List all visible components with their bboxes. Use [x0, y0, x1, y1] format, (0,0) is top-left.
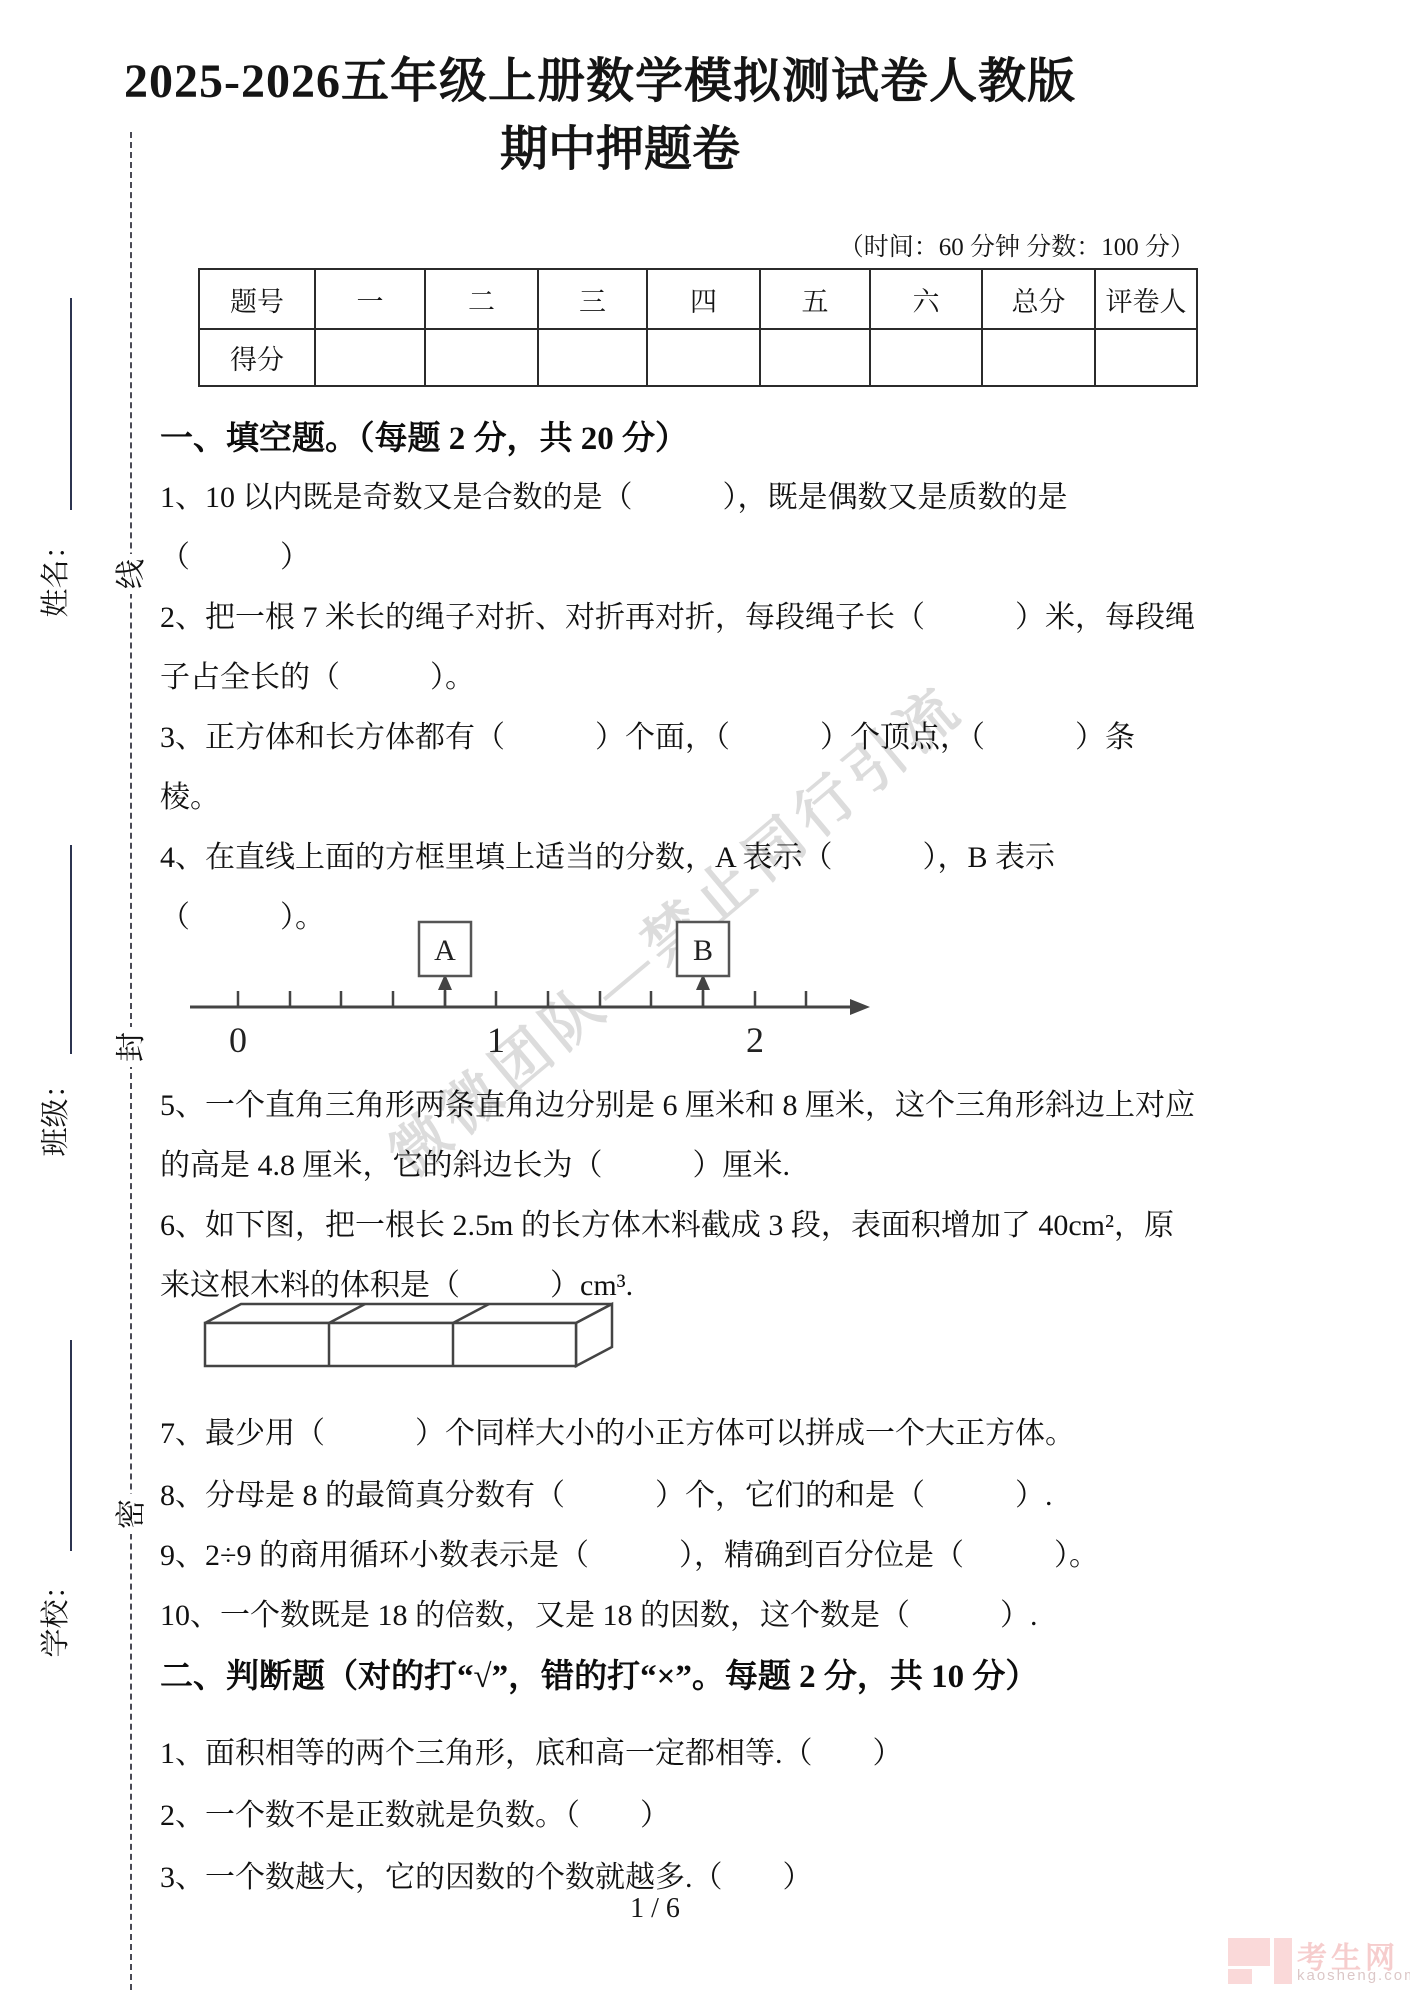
question-line: 3、一个数越大，它的因数的个数就越多.（ ） [160, 1852, 813, 1896]
score-table-header: 总分 [982, 269, 1095, 329]
score-row-label: 得分 [199, 329, 315, 386]
score-cell-empty [870, 329, 982, 386]
kaosheng-logo: 考生网 kaosheng.com [1225, 1935, 1405, 1993]
score-table-header-row: 题号 一 二 三 四 五 六 总分 评卷人 [199, 269, 1197, 329]
page-subtitle: 期中押题卷 [0, 110, 1240, 179]
class-blank-line [70, 845, 72, 1054]
question-line: （ ） [160, 532, 310, 576]
score-cell-empty [425, 329, 538, 386]
wood-prism-figure [165, 1278, 645, 1393]
section1-heading: 一、填空题。（每题 2 分，共 20 分） [160, 412, 688, 459]
tick-label-0: 0 [229, 1020, 247, 1060]
question-line: 3、正方体和长方体都有（ ）个面，（ ）个顶点，（ ）条 [160, 712, 1135, 756]
score-cell-empty [1095, 329, 1197, 386]
score-table-header: 题号 [199, 269, 315, 329]
page-title: 2025-2026五年级上册数学模拟测试卷人教版 [0, 42, 1200, 111]
name-blank-line [70, 298, 72, 510]
question-line: 1、10 以内既是奇数又是合数的是（ ），既是偶数又是质数的是 [160, 472, 1068, 516]
tick-label-2: 2 [746, 1020, 764, 1060]
exam-paper-page: 姓名： 班级： 学校： 线 封 密 微微团队—禁止同行引流 2025-2026五… [0, 0, 1410, 2002]
class-label: 班级： [40, 1067, 72, 1159]
score-cell-empty [315, 329, 425, 386]
score-table: 题号 一 二 三 四 五 六 总分 评卷人 得分 [198, 268, 1198, 387]
seal-char-feng: 封 [112, 1027, 152, 1067]
school-blank-line [70, 1340, 72, 1551]
logo-block-icon [1228, 1969, 1252, 1984]
score-cell-empty [538, 329, 647, 386]
number-line-figure: 0 1 2 A B [170, 912, 870, 1062]
logo-domain-text: kaosheng.com [1297, 1967, 1410, 1984]
section2-heading: 二、判断题（对的打“√”，错的打“×”。每题 2 分，共 10 分） [160, 1650, 1038, 1697]
score-table-header: 二 [425, 269, 538, 329]
question-line: 7、最少用（ ）个同样大小的小正方体可以拼成一个大正方体。 [160, 1408, 1075, 1452]
school-label: 学校： [40, 1568, 72, 1660]
score-cell-empty [982, 329, 1095, 386]
tick-label-1: 1 [487, 1020, 505, 1060]
page-number: 1 / 6 [555, 1893, 755, 1925]
score-table-header: 三 [538, 269, 647, 329]
score-table-header: 六 [870, 269, 982, 329]
seal-char-mi: 密 [112, 1494, 152, 1534]
score-table-header: 评卷人 [1095, 269, 1197, 329]
exam-time-score-info: （时间：60 分钟 分数：100 分） [690, 227, 1195, 263]
question-line: 9、2÷9 的商用循环小数表示是（ ），精确到百分位是（ ）。 [160, 1530, 1099, 1574]
score-table-header: 四 [647, 269, 760, 329]
score-cell-empty [647, 329, 760, 386]
question-line: 6、如下图，把一根长 2.5m 的长方体木料截成 3 段，表面积增加了 40cm… [160, 1200, 1174, 1244]
point-label-a: A [434, 934, 456, 967]
question-line: 5、一个直角三角形两条直角边分别是 6 厘米和 8 厘米，这个三角形斜边上对应 [160, 1080, 1195, 1124]
question-line: 10、一个数既是 18 的倍数，又是 18 的因数，这个数是（ ）. [160, 1590, 1038, 1634]
question-line: 的高是 4.8 厘米，它的斜边长为（ ）厘米. [160, 1140, 790, 1184]
score-cell-empty [760, 329, 870, 386]
question-line: 2、把一根 7 米长的绳子对折、对折再对折，每段绳子长（ ）米，每段绳 [160, 592, 1195, 636]
question-line: 4、在直线上面的方框里填上适当的分数，A 表示（ ），B 表示 [160, 832, 1055, 876]
question-line: 2、一个数不是正数就是负数。（ ） [160, 1790, 670, 1834]
score-table-score-row: 得分 [199, 329, 1197, 386]
question-line: 棱。 [160, 772, 220, 816]
name-label: 姓名： [40, 528, 72, 620]
seal-char-line: 线 [112, 554, 152, 594]
score-table-header: 一 [315, 269, 425, 329]
point-label-b: B [693, 934, 713, 967]
logo-block-icon [1228, 1938, 1270, 1966]
question-line: 8、分母是 8 的最简真分数有（ ）个，它们的和是（ ）. [160, 1470, 1053, 1514]
logo-block-icon [1274, 1938, 1292, 1984]
score-table-header: 五 [760, 269, 870, 329]
question-line: 子占全长的（ ）。 [160, 652, 475, 696]
question-line: 1、面积相等的两个三角形，底和高一定都相等.（ ） [160, 1728, 903, 1772]
